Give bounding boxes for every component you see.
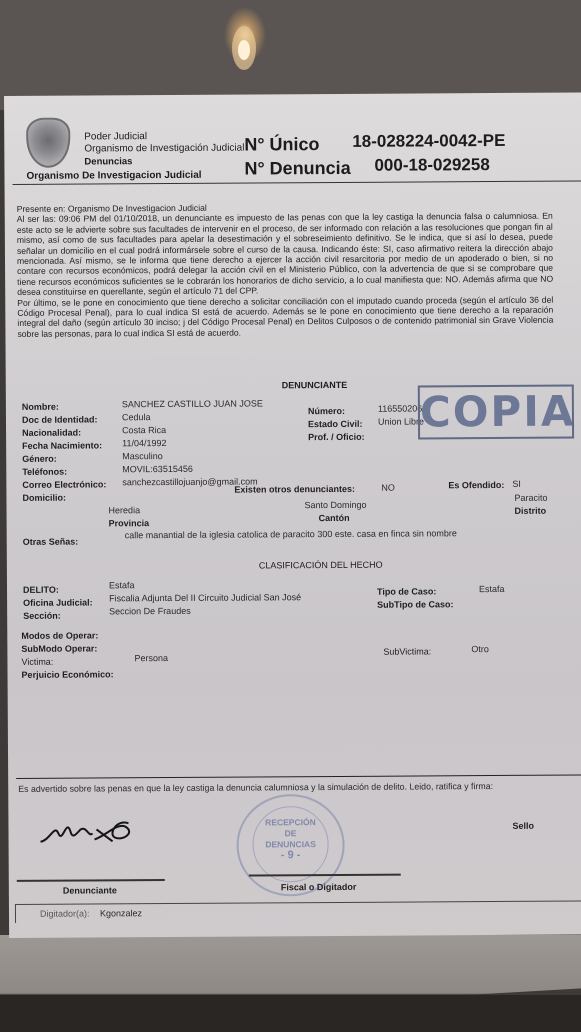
intro-paragraph-1: Al ser las: 09:06 PM del 01/10/2018, un …	[17, 211, 553, 298]
delito-label: DELITO:	[23, 585, 59, 595]
seccion-value: Seccion De Fraudes	[109, 606, 191, 616]
nacionalidad-label: Nacionalidad:	[22, 428, 81, 438]
submodo-operar-label: SubModo Operar:	[21, 643, 97, 653]
numero-label: Número:	[308, 406, 345, 416]
background-edge	[0, 995, 581, 1032]
digitador-label: Digitador(a):	[40, 908, 90, 918]
canton-value: Santo Domingo	[304, 500, 366, 510]
telefonos-label: Teléfonos:	[22, 467, 67, 477]
perjuicio-label: Perjuicio Económico:	[22, 669, 114, 680]
genero-label: Género:	[22, 454, 57, 464]
intro-paragraph-2: Por último, se le pone en conocimiento q…	[17, 294, 553, 339]
nombre-value: SANCHEZ CASTILLO JUAN JOSE	[122, 398, 263, 409]
denunciante-title: DENUNCIANTE	[282, 380, 348, 390]
fiscal-signature-label: Fiscal o Digitador	[281, 882, 357, 892]
digitador-value: Kgonzalez	[100, 908, 142, 918]
subtipo-caso-label: SubTipo de Caso:	[377, 599, 453, 609]
seccion-label: Sección:	[23, 611, 61, 621]
modos-operar-label: Modos de Operar:	[21, 630, 98, 640]
stamp-line-2: DE	[253, 828, 327, 839]
victima-value: Persona	[134, 653, 168, 663]
canton-label: Cantón	[319, 513, 350, 523]
numero-value: 116550206	[378, 403, 422, 413]
otros-denunciantes-value: NO	[381, 483, 395, 493]
otras-senas-label: Otras Señas:	[23, 537, 79, 547]
advertencia-text: Es advertido sobre las penas en que la l…	[18, 781, 493, 794]
otras-senas-value: calle manantial de la iglesia catolica d…	[125, 528, 457, 540]
domicilio-label: Domicilio:	[22, 493, 66, 503]
org-line-2: Organismo de Investigación Judicial	[84, 143, 244, 155]
tipo-caso-value: Estafa	[479, 584, 505, 594]
oficina-value: Fiscalia Adjunta Del II Circuito Judicia…	[109, 592, 301, 603]
genero-value: Masculino	[122, 451, 163, 461]
provincia-label: Provincia	[109, 518, 150, 528]
subvictima-value: Otro	[471, 644, 489, 654]
numero-denuncia-value: 000-18-029258	[374, 155, 489, 176]
es-ofendido-label: Es Ofendido:	[448, 480, 504, 490]
copia-stamp: COPIA	[418, 385, 574, 440]
subvictima-label: SubVictima:	[383, 646, 431, 656]
otros-denunciantes-label: Existen otros denunciantes:	[234, 484, 355, 495]
org-line-1: Poder Judicial	[84, 131, 147, 142]
oficina-label: Oficina Judicial:	[23, 597, 93, 607]
distrito-label: Distrito	[515, 506, 547, 516]
org-line-4: Organismo De Investigacion Judicial	[26, 170, 201, 182]
distrito-value: Paracito	[514, 493, 547, 503]
es-ofendido-value: SI	[512, 479, 521, 489]
footer-box: Digitador(a): Kgonzalez P	[15, 900, 581, 923]
doc-label: Doc de Identidad:	[22, 414, 98, 424]
sello-label: Sello	[512, 821, 534, 831]
prof-label: Prof. / Oficio:	[308, 432, 365, 442]
provincia-value: Heredia	[109, 505, 141, 515]
telefonos-value: MOVIL:63515456	[122, 464, 193, 474]
numero-denuncia-label: N° Denuncia	[244, 158, 350, 180]
fecha-label: Fecha Nacimiento:	[22, 440, 102, 450]
stamp-line-1: RECEPCIÓN	[253, 817, 327, 828]
light-glare-icon	[225, 18, 263, 76]
victima-label: Victima:	[21, 657, 53, 667]
fecha-value: 11/04/1992	[122, 438, 166, 448]
correo-label: Correo Electrónico:	[22, 479, 106, 490]
numero-unico-value: 18-028224-0042-PE	[352, 131, 505, 152]
stamp-center: RECEPCIÓN DE DENUNCIAS - 9 -	[252, 806, 328, 882]
denunciante-signature-label: Denunciante	[63, 885, 117, 895]
intro-text: Presente en: Organismo De Investigacion …	[17, 201, 554, 340]
tipo-caso-label: Tipo de Caso:	[377, 586, 436, 596]
denunciante-signature-line	[17, 879, 165, 881]
org-line-3: Denuncias	[84, 156, 132, 167]
denuncia-document: Poder Judicial Organismo de Investigació…	[4, 92, 581, 938]
firma-rule	[16, 774, 581, 778]
nombre-label: Nombre:	[22, 402, 59, 412]
nacionalidad-value: Costa Rica	[122, 425, 166, 435]
delito-value: Estafa	[109, 580, 135, 590]
numero-unico-label: N° Único	[244, 134, 319, 155]
oij-badge-logo	[26, 118, 70, 168]
estado-civil-label: Estado Civil:	[308, 419, 363, 429]
signature-icon	[36, 811, 146, 852]
doc-value: Cedula	[122, 412, 151, 422]
stamp-line-4: - 9 -	[254, 850, 328, 861]
clasificacion-title: CLASIFICACIÓN DEL HECHO	[259, 560, 383, 571]
